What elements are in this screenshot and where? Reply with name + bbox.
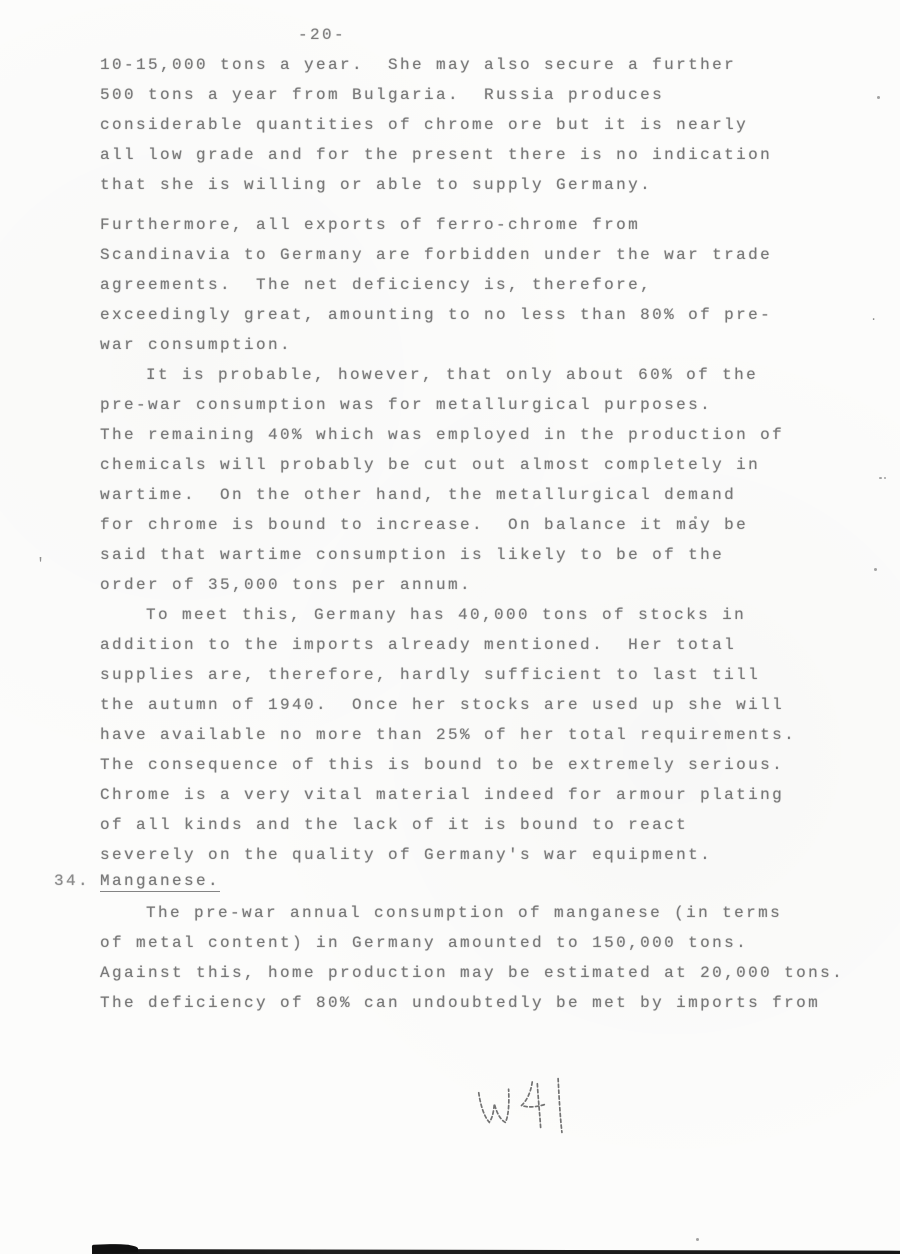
text-line: for chrome is bound to increase. On bala… <box>100 510 860 540</box>
text-line: supplies are, therefore, hardly sufficie… <box>100 660 860 690</box>
text-line: 10-15,000 tons a year. She may also secu… <box>100 50 860 80</box>
body-text: 10-15,000 tons a year. She may also secu… <box>100 50 860 1018</box>
text-line: chemicals will probably be cut out almos… <box>100 450 860 480</box>
text-line: wartime. On the other hand, the metallur… <box>100 480 860 510</box>
section-number: 34. <box>54 866 100 896</box>
paragraph: To meet this, Germany has 40,000 tons of… <box>100 600 860 870</box>
scan-speck <box>696 1238 699 1241</box>
paragraph: Furthermore, all exports of ferro-chrome… <box>100 210 860 360</box>
text-line: Furthermore, all exports of ferro-chrome… <box>100 210 860 240</box>
text-line: The remaining 40% which was employed in … <box>100 420 860 450</box>
text-line: Scandinavia to Germany are forbidden und… <box>100 240 860 270</box>
scan-edge-line <box>92 1249 900 1254</box>
handwritten-mark <box>470 1065 595 1166</box>
text-line: It is probable, however, that only about… <box>100 360 860 390</box>
scan-speck <box>877 96 880 99</box>
text-line: addition to the imports already mentione… <box>100 630 860 660</box>
text-line: The deficiency of 80% can undoubtedly be… <box>100 988 860 1018</box>
section-title: Manganese. <box>100 872 220 892</box>
text-line: the autumn of 1940. Once her stocks are … <box>100 690 860 720</box>
text-line: all low grade and for the present there … <box>100 140 860 170</box>
scan-speck: ' <box>36 556 45 573</box>
scan-speck <box>884 477 886 479</box>
scan-edge-blob <box>92 1243 138 1254</box>
text-line: Against this, home production may be est… <box>100 958 860 988</box>
text-line: considerable quantities of chrome ore bu… <box>100 110 860 140</box>
scan-speck <box>874 568 877 571</box>
text-line: pre-war consumption was for metallurgica… <box>100 390 860 420</box>
text-line: war consumption. <box>100 330 860 360</box>
scan-speck <box>879 477 882 479</box>
scan-speck <box>694 516 697 519</box>
paragraph: The pre-war annual consumption of mangan… <box>100 898 860 1018</box>
text-line: The consequence of this is bound to be e… <box>100 750 860 780</box>
text-line: 500 tons a year from Bulgaria. Russia pr… <box>100 80 860 110</box>
text-line: said that wartime consumption is likely … <box>100 540 860 570</box>
text-line: The pre-war annual consumption of mangan… <box>100 898 860 928</box>
paragraph: It is probable, however, that only about… <box>100 360 860 600</box>
scan-speck: . <box>870 310 877 324</box>
text-line: Chrome is a very vital material indeed f… <box>100 780 860 810</box>
pencil-w41-icon <box>470 1065 595 1161</box>
paragraph: 10-15,000 tons a year. She may also secu… <box>100 50 860 200</box>
document-page: -20- 10-15,000 tons a year. She may also… <box>0 0 900 1254</box>
text-line: of metal content) in Germany amounted to… <box>100 928 860 958</box>
text-line: agreements. The net deficiency is, there… <box>100 270 860 300</box>
text-line: have available no more than 25% of her t… <box>100 720 860 750</box>
text-line: of all kinds and the lack of it is bound… <box>100 810 860 840</box>
text-line: that she is willing or able to supply Ge… <box>100 170 860 200</box>
text-line: order of 35,000 tons per annum. <box>100 570 860 600</box>
page-number: -20- <box>298 26 346 44</box>
text-line: exceedingly great, amounting to no less … <box>100 300 860 330</box>
text-line: To meet this, Germany has 40,000 tons of… <box>100 600 860 630</box>
section-heading: 34.Manganese. <box>100 866 860 896</box>
